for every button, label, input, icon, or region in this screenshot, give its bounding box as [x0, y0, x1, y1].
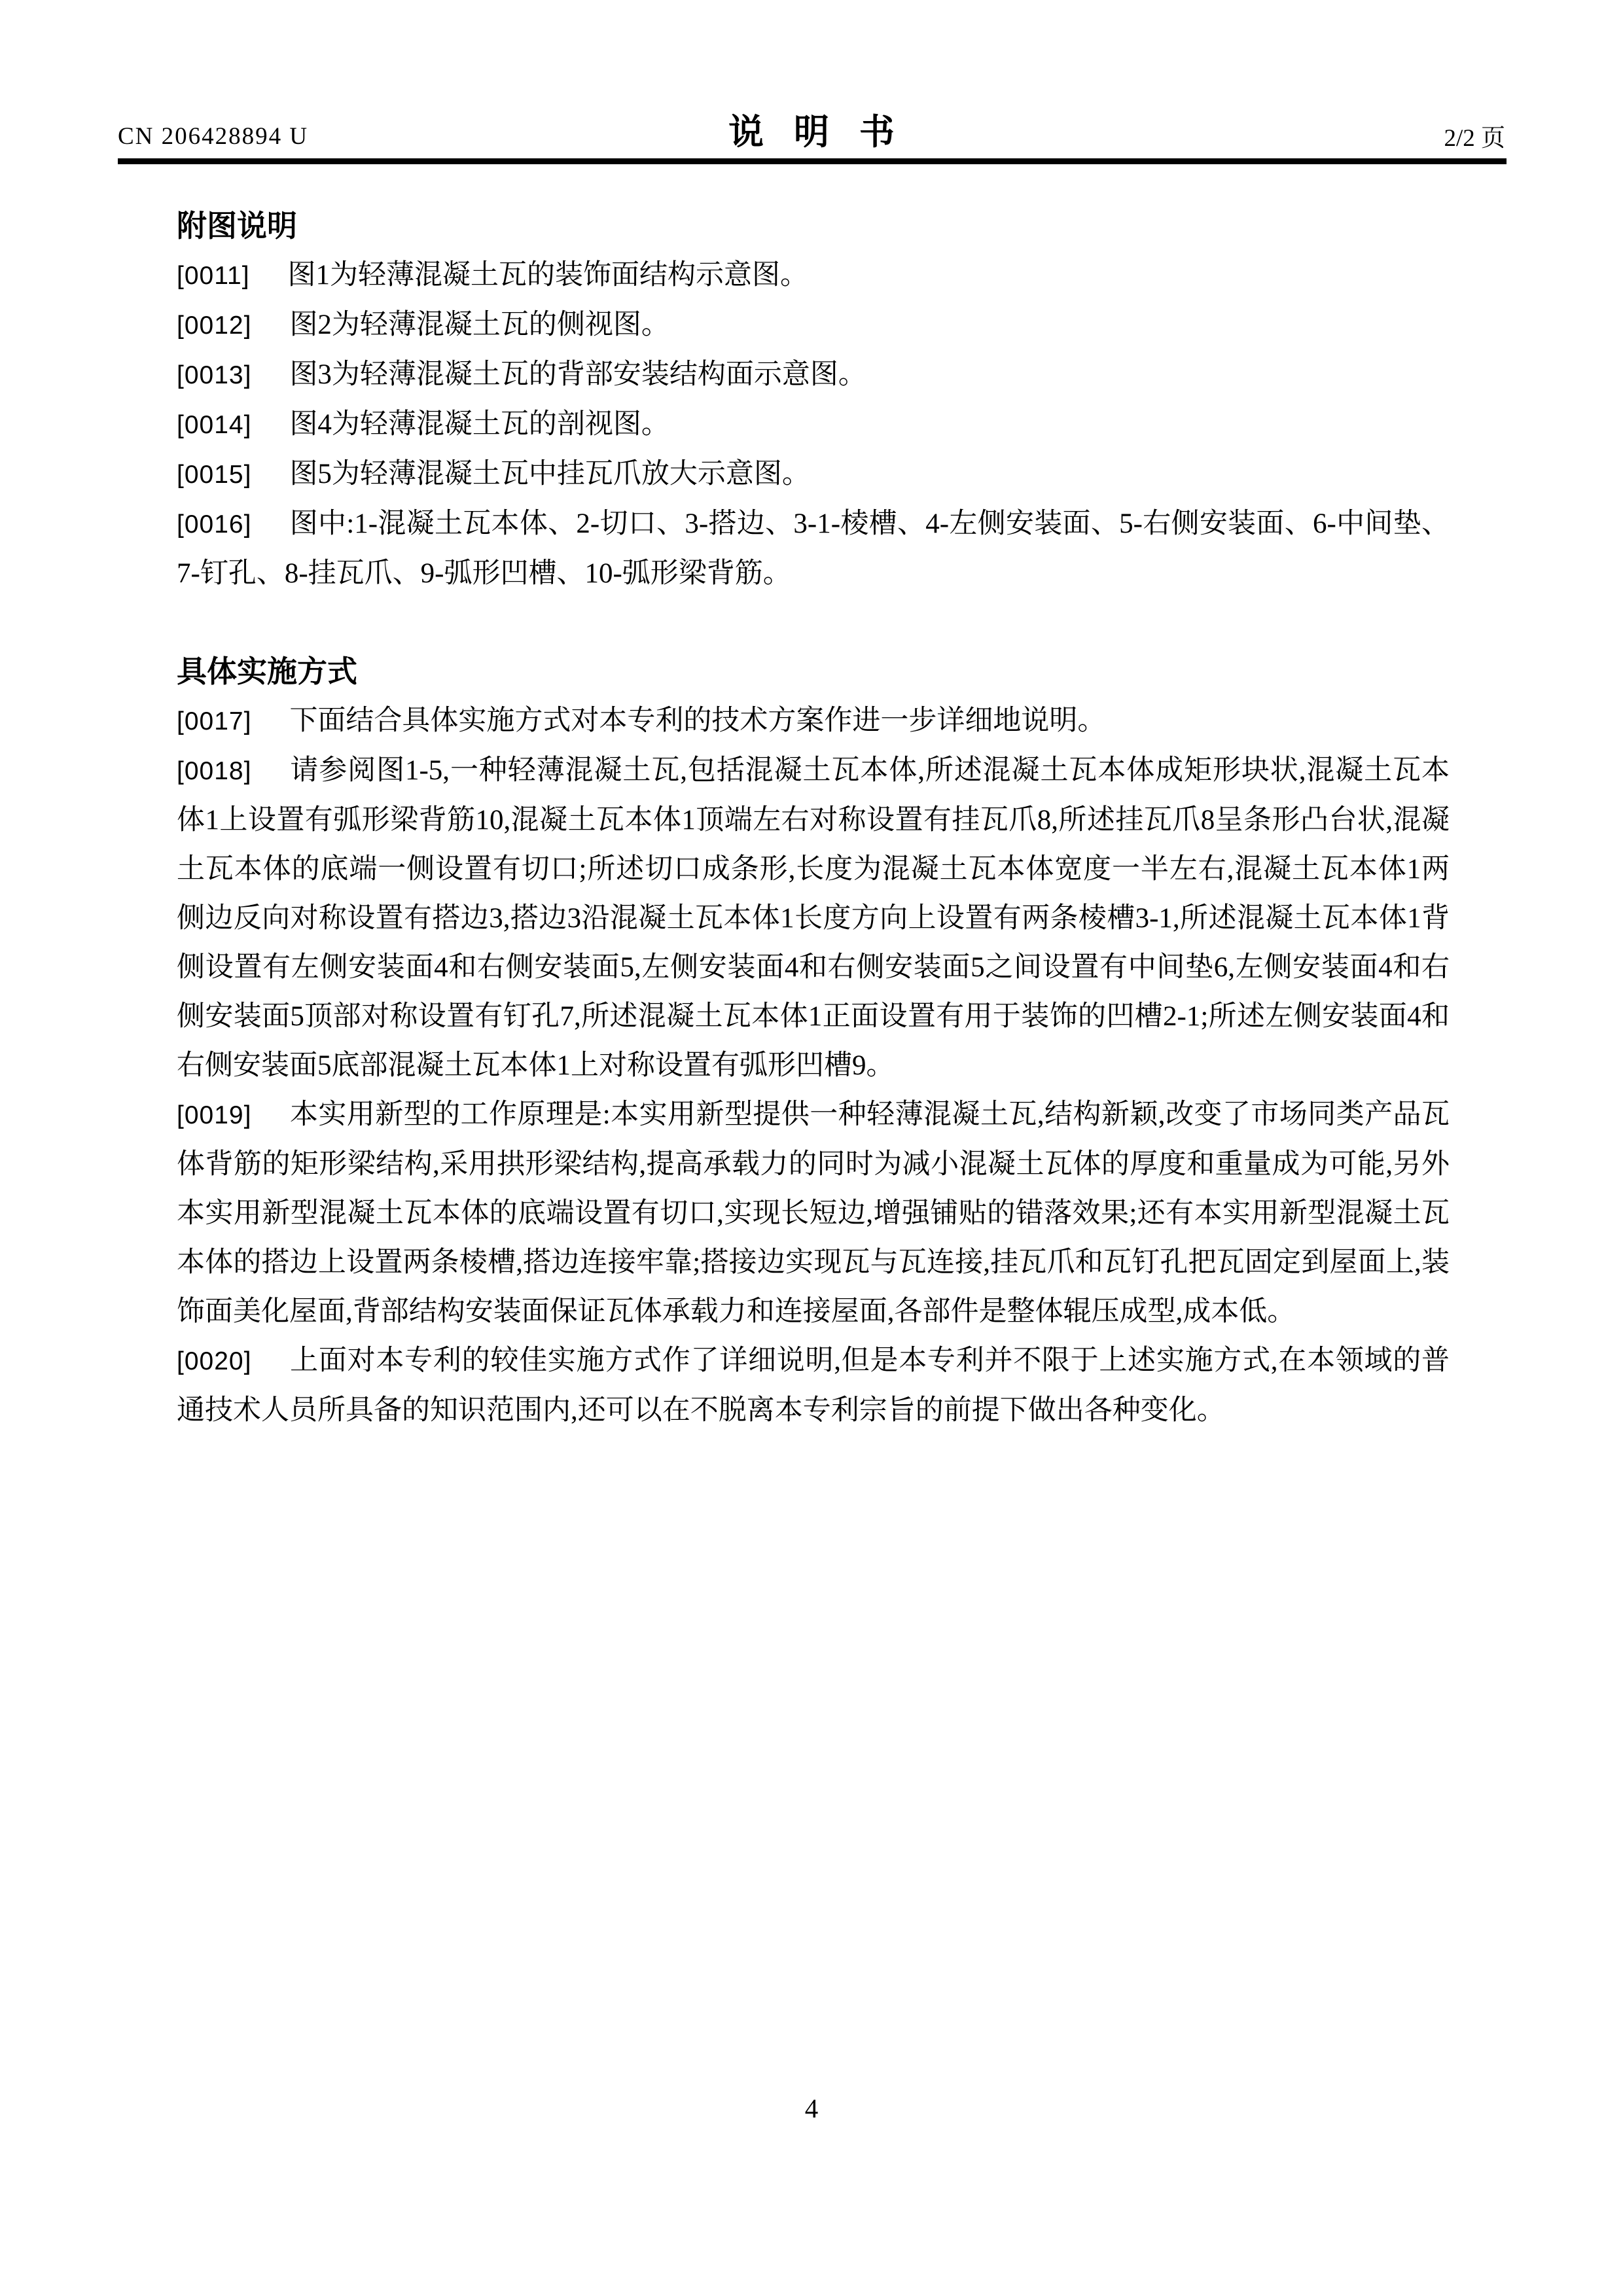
patent-number: CN 206428894 U — [118, 122, 308, 150]
paragraph-0011: [0011]图1为轻薄混凝土瓦的装饰面结构示意图。 — [177, 251, 1450, 300]
paragraph-text: 图5为轻薄混凝土瓦中挂瓦爪放大示意图。 — [289, 459, 810, 489]
paragraph-text: 本实用新型的工作原理是:本实用新型提供一种轻薄混凝土瓦,结构新颖,改变了市场同类… — [177, 1099, 1450, 1327]
page-footer: 4 — [0, 2093, 1623, 2124]
paragraph-number: [0014] — [177, 411, 251, 439]
paragraph-0020: [0020]上面对本专利的较佳实施方式作了详细说明,但是本专利并不限于上述实施方… — [177, 1336, 1450, 1435]
paragraph-text: 图3为轻薄混凝土瓦的背部安装结构面示意图。 — [289, 359, 866, 390]
paragraph-0013: [0013]图3为轻薄混凝土瓦的背部安装结构面示意图。 — [177, 350, 1450, 400]
paragraph-0018: [0018]请参阅图1-5,一种轻薄混凝土瓦,包括混凝土瓦本体,所述混凝土瓦本体… — [177, 746, 1450, 1090]
paragraph-number: [0015] — [177, 461, 251, 489]
paragraph-0015: [0015]图5为轻薄混凝土瓦中挂瓦爪放大示意图。 — [177, 450, 1450, 499]
header-rule — [118, 158, 1507, 164]
paragraph-number: [0017] — [177, 707, 251, 735]
paragraph-text: 图2为轻薄混凝土瓦的侧视图。 — [289, 309, 669, 340]
patent-specification-page: CN 206428894 U 说明书 2/2 页 附图说明 [0011]图1为轻… — [0, 0, 1623, 2296]
paragraph-text: 图4为轻薄混凝土瓦的剖视图。 — [289, 409, 669, 440]
paragraph-0017: [0017]下面结合具体实施方式对本专利的技术方案作进一步详细地说明。 — [177, 696, 1450, 746]
section-heading: 附图说明 — [177, 202, 1450, 251]
paragraph-number: [0018] — [177, 757, 251, 785]
paragraph-0019: [0019]本实用新型的工作原理是:本实用新型提供一种轻薄混凝土瓦,结构新颖,改… — [177, 1090, 1450, 1336]
paragraph-number: [0013] — [177, 361, 251, 389]
paragraph-number: [0011] — [177, 262, 250, 290]
page-number: 4 — [805, 2093, 819, 2123]
paragraph-text: 请参阅图1-5,一种轻薄混凝土瓦,包括混凝土瓦本体,所述混凝土瓦本体成矩形块状,… — [177, 755, 1450, 1081]
document-title: 说明书 — [698, 104, 925, 154]
paragraph-number: [0019] — [177, 1101, 251, 1129]
document-body: 附图说明 [0011]图1为轻薄混凝土瓦的装饰面结构示意图。 [0012]图2为… — [177, 202, 1450, 1435]
paragraph-text: 上面对本专利的较佳实施方式作了详细说明,但是本专利并不限于上述实施方式,在本领域… — [177, 1345, 1450, 1426]
section-heading: 具体实施方式 — [177, 647, 1450, 696]
section-detailed-description: 具体实施方式 [0017]下面结合具体实施方式对本专利的技术方案作进一步详细地说… — [177, 647, 1450, 1435]
paragraph-0012: [0012]图2为轻薄混凝土瓦的侧视图。 — [177, 300, 1450, 350]
paragraph-0014: [0014]图4为轻薄混凝土瓦的剖视图。 — [177, 400, 1450, 450]
paragraph-0016: [0016]图中:1-混凝土瓦本体、2-切口、3-搭边、3-1-棱槽、4-左侧安… — [177, 499, 1450, 598]
page-header: CN 206428894 U 说明书 2/2 页 — [118, 98, 1505, 150]
paragraph-number: [0012] — [177, 311, 251, 340]
paragraph-number: [0016] — [177, 510, 251, 539]
paragraph-number: [0020] — [177, 1347, 251, 1375]
paragraph-text: 下面结合具体实施方式对本专利的技术方案作进一步详细地说明。 — [289, 705, 1105, 736]
paragraph-text: 图1为轻薄混凝土瓦的装饰面结构示意图。 — [288, 260, 809, 291]
section-drawings-description: 附图说明 [0011]图1为轻薄混凝土瓦的装饰面结构示意图。 [0012]图2为… — [177, 202, 1450, 598]
page-indicator: 2/2 页 — [1444, 118, 1505, 153]
paragraph-text: 图中:1-混凝土瓦本体、2-切口、3-搭边、3-1-棱槽、4-左侧安装面、5-右… — [177, 508, 1450, 589]
